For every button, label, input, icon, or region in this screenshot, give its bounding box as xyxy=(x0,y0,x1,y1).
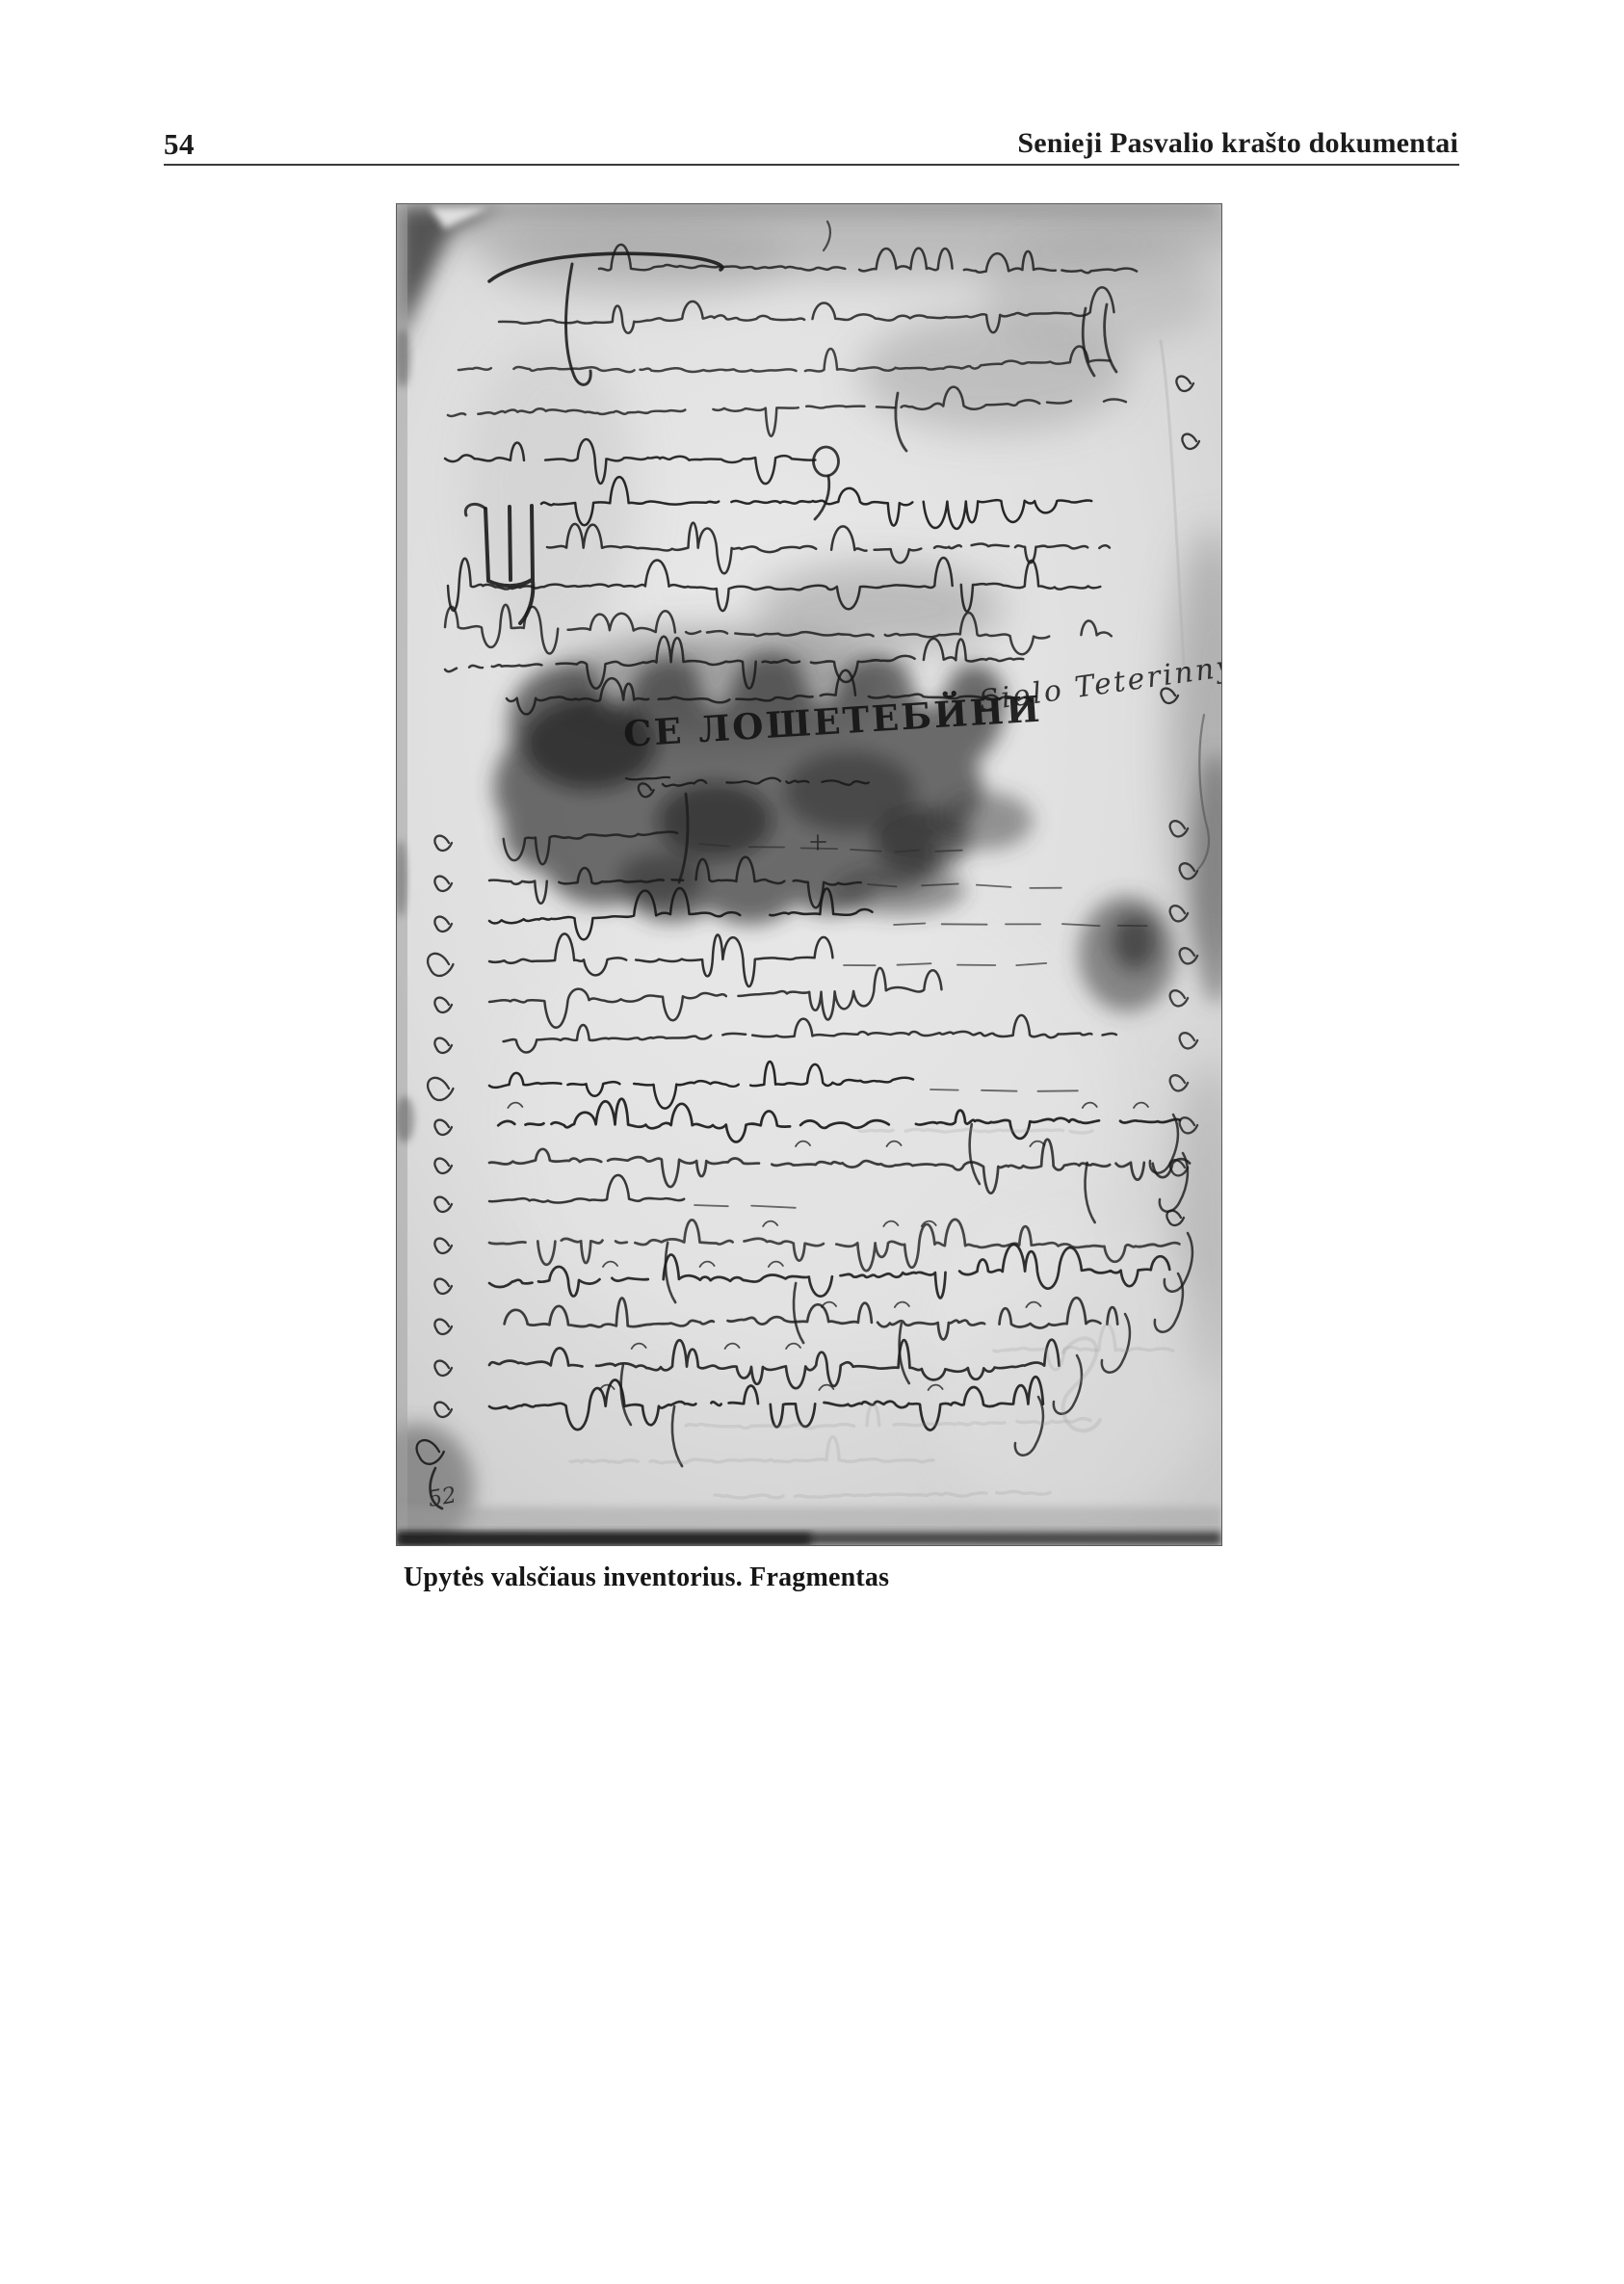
header-rule xyxy=(164,164,1459,166)
book-page: 54 Senieji Pasvalio krašto dokumentai xyxy=(0,0,1624,2284)
manuscript-photo: СЕ ЛОШЕТЕБЙНИ Siolo Teterinny 52 xyxy=(397,204,1221,1545)
figure-caption: Upytės valsčiaus inventorius. Fragmentas xyxy=(404,1562,889,1593)
manuscript-margin-number: 52 xyxy=(427,1483,458,1512)
running-header: Senieji Pasvalio krašto dokumentai xyxy=(1017,127,1458,160)
manuscript-art: СЕ ЛОШЕТЕБЙНИ Siolo Teterinny 52 xyxy=(397,204,1221,1545)
page-number: 54 xyxy=(164,127,195,162)
